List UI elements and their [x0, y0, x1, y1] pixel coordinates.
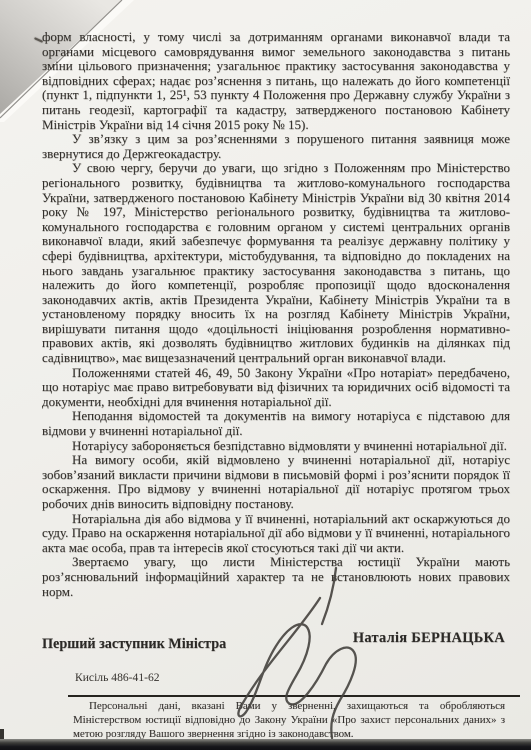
executor-contact: Кисіль 486-41-62	[75, 671, 160, 684]
paragraph: У свою чергу, беручи до уваги, що згідно…	[42, 161, 510, 365]
signer-name: Наталія БЕРНАЦЬКА	[353, 630, 505, 647]
paragraph: форм власності, у тому числі за дотриман…	[42, 30, 510, 132]
paragraph: Нотаріусу забороняється безпідставно від…	[42, 439, 510, 454]
document-page: форм власності, у тому числі за дотриман…	[0, 0, 531, 750]
personal-data-note: Персональні дані, вказані Вами у звернен…	[73, 700, 505, 741]
paragraph: У зв’язку з цим за роз’ясненнями з поруш…	[42, 132, 510, 161]
paragraph: На вимогу особи, якій відмовлено у вчине…	[42, 453, 510, 511]
signer-title: Перший заступник Міністра	[42, 636, 226, 653]
paragraph: Положеннями статей 46, 49, 50 Закону Укр…	[42, 366, 510, 410]
paragraph: Нотаріальна дія або відмова у її вчиненн…	[42, 512, 510, 556]
paragraph: Неподання відомостей та документів на ви…	[42, 409, 510, 438]
scan-edge	[0, 739, 531, 750]
letter-body: форм власності, у тому числі за дотриман…	[42, 30, 510, 599]
footer-divider	[68, 695, 520, 697]
paragraph: Звертаємо увагу, що листи Міністерства ю…	[42, 555, 510, 599]
